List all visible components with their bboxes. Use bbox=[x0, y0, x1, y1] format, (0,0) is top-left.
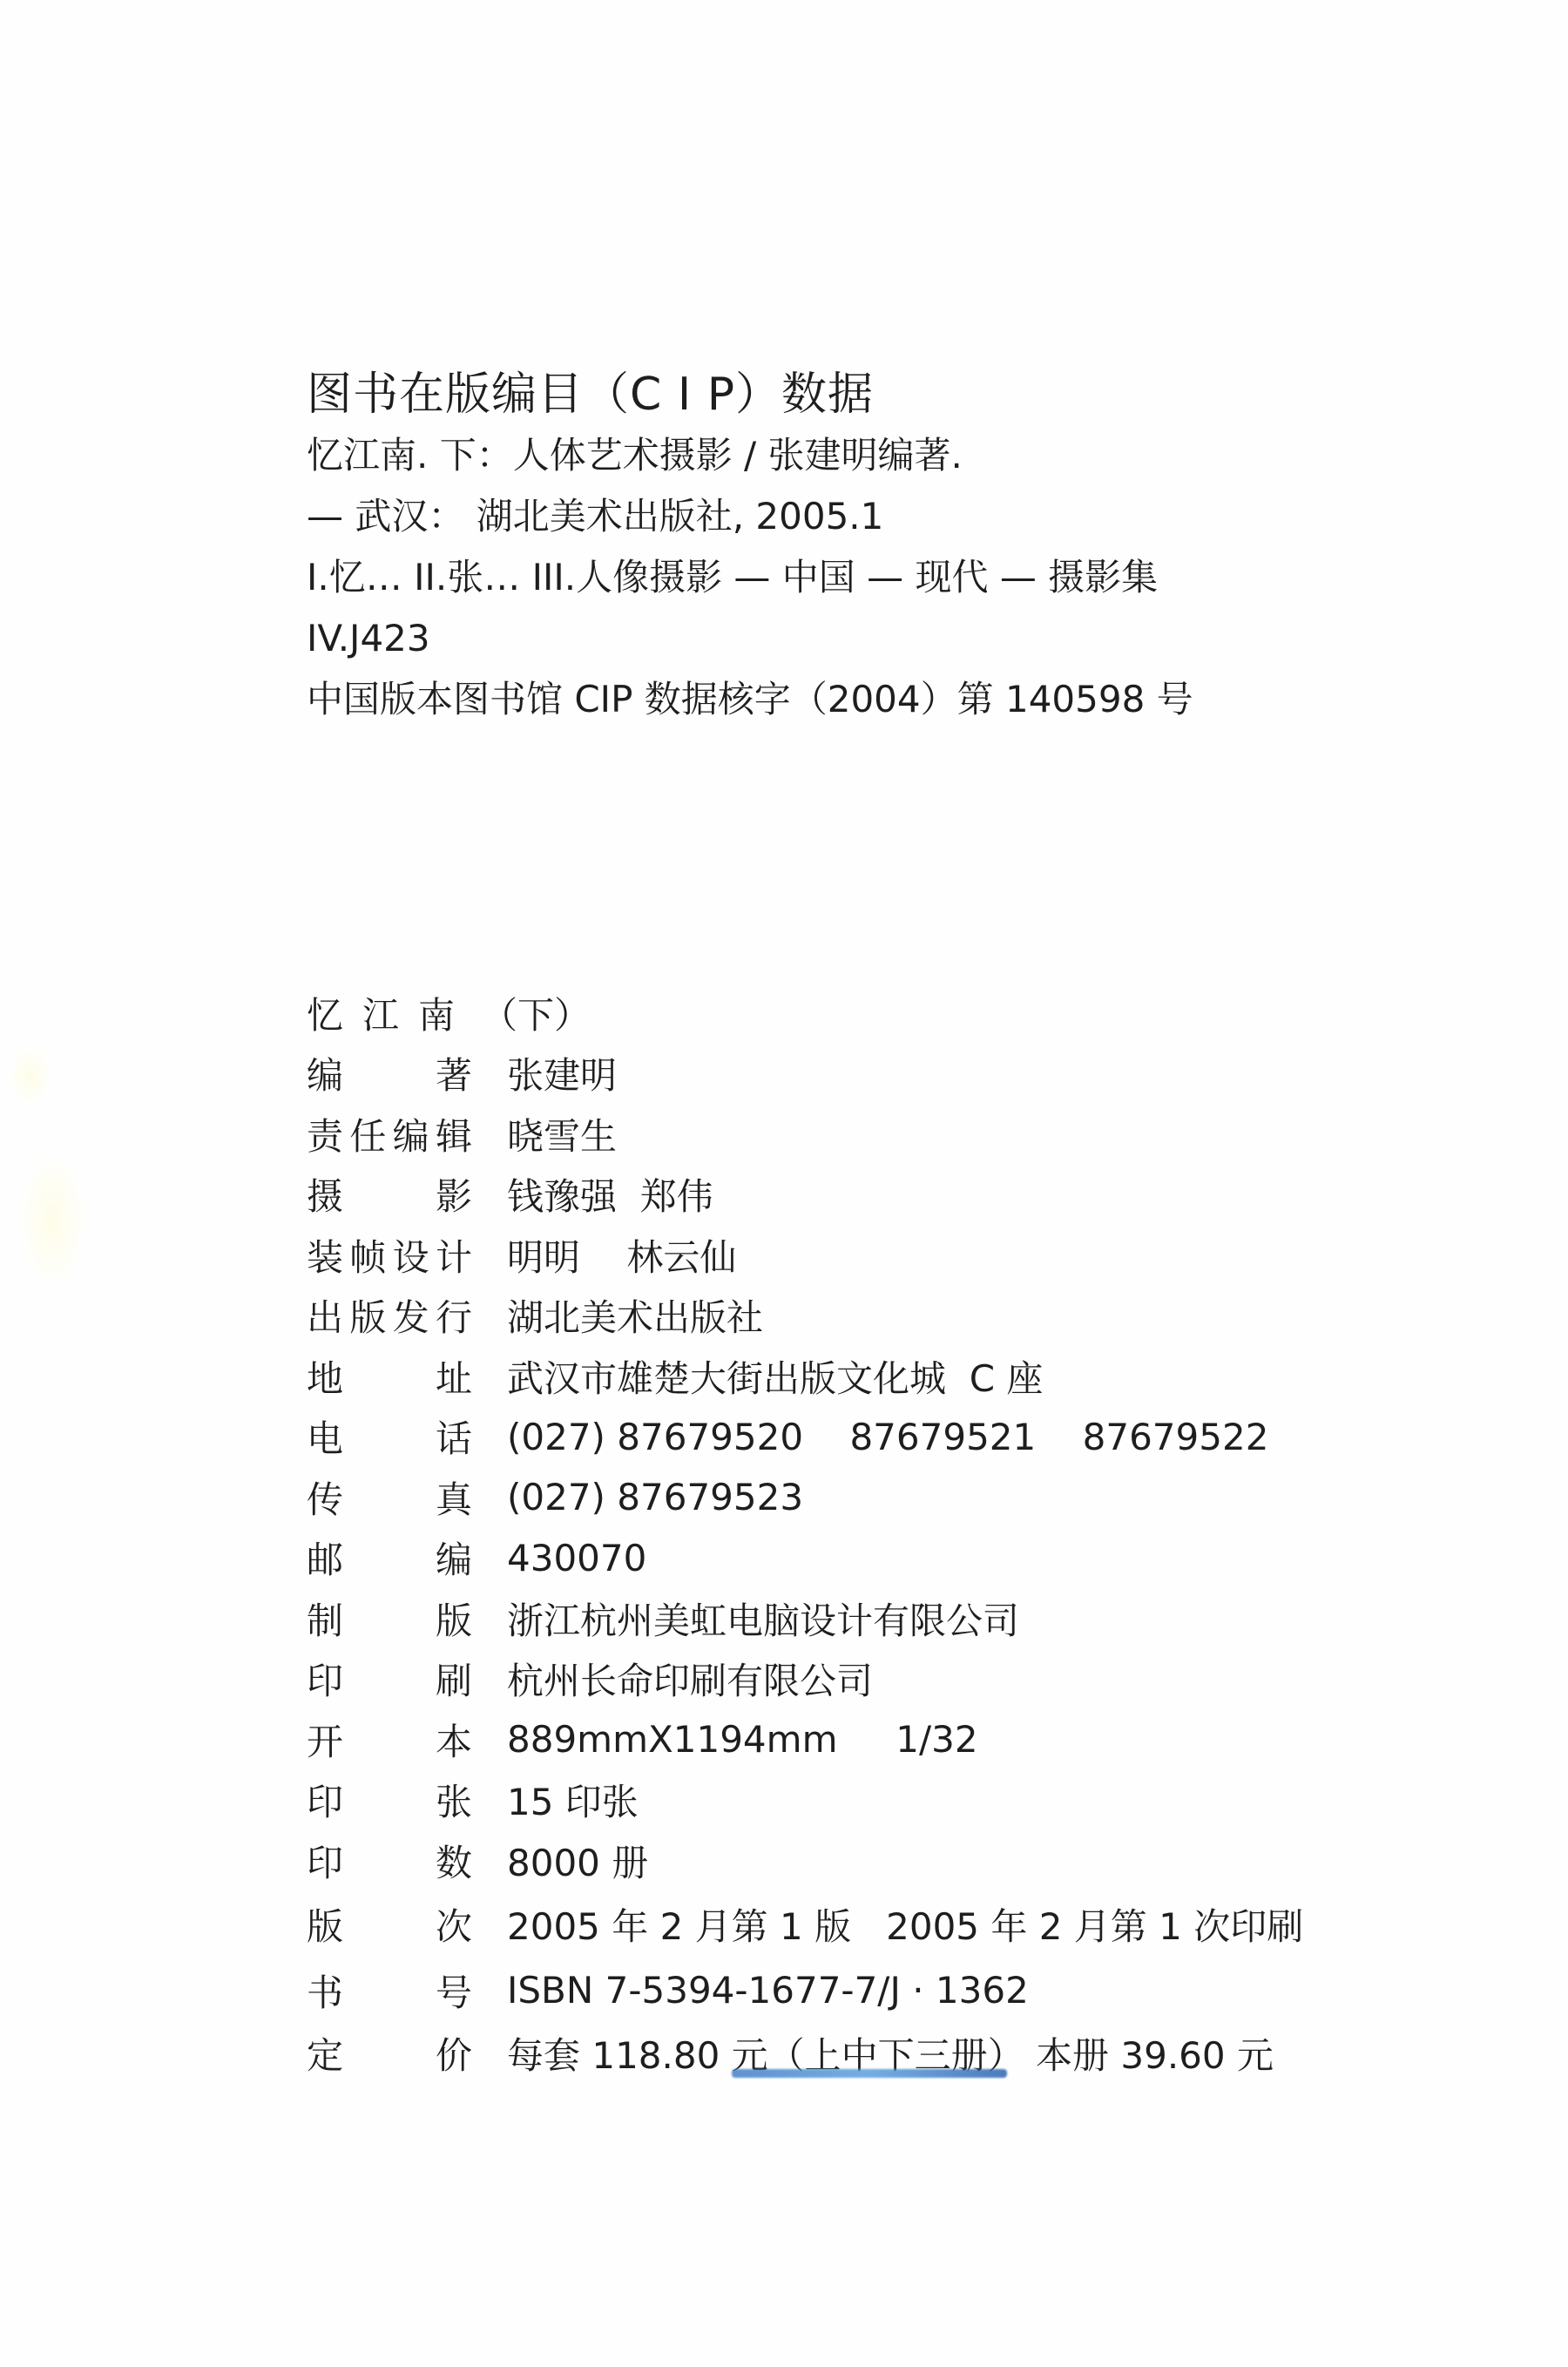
row-value: 每套 118.80 元（上中下三册） 本册 39.60 元 bbox=[507, 2027, 1274, 2080]
label-char: 编 bbox=[393, 1108, 429, 1160]
label-char: 发 bbox=[393, 1289, 429, 1342]
row-label: 书 号 bbox=[307, 1965, 472, 2017]
price-set: 每套 118.80 bbox=[507, 2034, 732, 2077]
row-value: 钱豫强 郑伟 bbox=[507, 1168, 713, 1221]
label-char: 传 bbox=[307, 1471, 343, 1524]
cip-line-title-author: 忆江南. 下：人体艺术摄影 / 张建明编著. bbox=[307, 425, 1193, 486]
row-label: 地 址 bbox=[307, 1350, 472, 1403]
colophon-row-price: 定 价 每套 118.80 元（上中下三册） 本册 39.60 元 bbox=[307, 2024, 1303, 2085]
colophon-row-postcode: 邮 编 430070 bbox=[307, 1528, 1303, 1589]
label-char: 号 bbox=[436, 1965, 472, 2017]
row-value: ISBN 7-5394-1677-7/J · 1362 bbox=[507, 1969, 1029, 2012]
row-label: 邮 编 bbox=[307, 1532, 472, 1584]
scan-artifact bbox=[9, 1045, 52, 1106]
row-value: 晓雪生 bbox=[507, 1108, 617, 1160]
row-label: 开 本 bbox=[307, 1714, 472, 1766]
price-volumes-with-blue-ink-mark: 元（上中下三册） bbox=[732, 2027, 1024, 2080]
row-label: 责 任 编 辑 bbox=[307, 1108, 472, 1160]
colophon-row-phone: 电 话 (027) 87679520 87679521 87679522 bbox=[307, 1407, 1303, 1468]
row-label: 版 次 bbox=[307, 1898, 472, 1951]
label-char: 摄 bbox=[307, 1168, 343, 1221]
label-char: 南 bbox=[418, 987, 455, 1039]
colophon-row-printed-sheets: 印 张 15 印张 bbox=[307, 1770, 1303, 1831]
label-char: 开 bbox=[307, 1714, 343, 1766]
copyright-page: 图书在版编目（C I P）数据 忆江南. 下：人体艺术摄影 / 张建明编著. —… bbox=[0, 0, 1568, 2367]
label-char: 印 bbox=[307, 1835, 343, 1887]
label-char: 地 bbox=[307, 1350, 343, 1403]
row-value: 2005 年 2 月第 1 版 2005 年 2 月第 1 次印刷 bbox=[507, 1898, 1303, 1951]
row-label: 装 帧 设 计 bbox=[307, 1229, 472, 1282]
row-label: 印 张 bbox=[307, 1774, 472, 1826]
label-char: 印 bbox=[307, 1653, 343, 1705]
row-value: （下） bbox=[481, 987, 591, 1039]
label-char: 江 bbox=[362, 987, 399, 1039]
row-value: 武汉市雄楚大街出版文化城 C 座 bbox=[507, 1350, 1043, 1403]
row-value: 明明 林云仙 bbox=[507, 1229, 736, 1282]
row-label: 印 刷 bbox=[307, 1653, 472, 1705]
row-label: 忆 江 南 bbox=[307, 987, 472, 1039]
label-char: 版 bbox=[436, 1593, 472, 1645]
label-char: 邮 bbox=[307, 1532, 343, 1584]
row-label: 电 话 bbox=[307, 1410, 472, 1463]
label-char: 计 bbox=[436, 1229, 472, 1282]
row-value: (027) 87679520 87679521 87679522 bbox=[507, 1416, 1268, 1458]
label-char: 刷 bbox=[436, 1653, 472, 1705]
row-value: 杭州长命印刷有限公司 bbox=[507, 1653, 873, 1705]
row-value: 889mmX1194mm 1/32 bbox=[507, 1718, 978, 1761]
label-char: 数 bbox=[436, 1835, 472, 1887]
row-label: 制 版 bbox=[307, 1593, 472, 1645]
label-char: 编 bbox=[436, 1532, 472, 1584]
label-char: 址 bbox=[436, 1350, 472, 1403]
row-value: 430070 bbox=[507, 1537, 646, 1579]
label-char: 出 bbox=[307, 1289, 343, 1342]
colophon-row-print-run: 印 数 8000 册 bbox=[307, 1830, 1303, 1891]
colophon-row-isbn: 书 号 ISBN 7-5394-1677-7/J · 1362 bbox=[307, 1958, 1303, 2024]
label-char: 影 bbox=[436, 1168, 472, 1221]
label-char: 编 bbox=[307, 1047, 343, 1099]
label-char: 本 bbox=[436, 1714, 472, 1766]
row-value: 浙江杭州美虹电脑设计有限公司 bbox=[507, 1593, 1019, 1645]
colophon-row-edition: 版 次 2005 年 2 月第 1 版 2005 年 2 月第 1 次印刷 bbox=[307, 1891, 1303, 1958]
label-char: 电 bbox=[307, 1410, 343, 1463]
row-label: 出 版 发 行 bbox=[307, 1289, 472, 1342]
cip-line-publisher: — 武汉： 湖北美术出版社, 2005.1 bbox=[307, 486, 1193, 547]
row-value: 15 印张 bbox=[507, 1774, 639, 1826]
row-value: 张建明 bbox=[507, 1047, 617, 1099]
label-char: 定 bbox=[307, 2027, 343, 2080]
colophon-row-design: 装 帧 设 计 明明 林云仙 bbox=[307, 1225, 1303, 1286]
label-char: 辑 bbox=[436, 1108, 472, 1160]
row-label: 印 数 bbox=[307, 1835, 472, 1887]
scan-artifact bbox=[17, 1150, 87, 1289]
colophon-row-book-title: 忆 江 南 （下） bbox=[307, 983, 1303, 1044]
label-char: 书 bbox=[307, 1965, 343, 2017]
label-char: 印 bbox=[307, 1774, 343, 1826]
label-char: 真 bbox=[436, 1471, 472, 1524]
row-value: 湖北美术出版社 bbox=[507, 1289, 763, 1342]
colophon-row-responsible-editor: 责 任 编 辑 晓雪生 bbox=[307, 1104, 1303, 1165]
label-char: 帧 bbox=[349, 1229, 386, 1282]
cip-title: 图书在版编目（C I P）数据 bbox=[307, 364, 1193, 425]
cip-data-block: 图书在版编目（C I P）数据 忆江南. 下：人体艺术摄影 / 张建明编著. —… bbox=[307, 364, 1193, 730]
row-value: (027) 87679523 bbox=[507, 1476, 803, 1518]
colophon-row-fax: 传 真 (027) 87679523 bbox=[307, 1467, 1303, 1528]
label-char: 著 bbox=[436, 1047, 472, 1099]
colophon-row-format: 开 本 889mmX1194mm 1/32 bbox=[307, 1709, 1303, 1770]
cip-line-subjects: I.忆… II.张… III.人像摄影 — 中国 — 现代 — 摄影集 bbox=[307, 547, 1193, 608]
price-this-volume: 本册 39.60 元 bbox=[1024, 2034, 1274, 2077]
colophon-row-printing: 印 刷 杭州长命印刷有限公司 bbox=[307, 1649, 1303, 1710]
label-char: 设 bbox=[393, 1229, 429, 1282]
label-char: 忆 bbox=[307, 987, 343, 1039]
cip-line-classification: IV.J423 bbox=[307, 608, 1193, 669]
label-char: 价 bbox=[436, 2027, 472, 2080]
label-char: 行 bbox=[436, 1289, 472, 1342]
colophon-row-plate-making: 制 版 浙江杭州美虹电脑设计有限公司 bbox=[307, 1588, 1303, 1649]
row-value: 8000 册 bbox=[507, 1835, 648, 1887]
label-char: 任 bbox=[349, 1108, 386, 1160]
label-char: 责 bbox=[307, 1108, 343, 1160]
label-char: 版 bbox=[307, 1898, 343, 1951]
colophon-row-address: 地 址 武汉市雄楚大街出版文化城 C 座 bbox=[307, 1346, 1303, 1407]
row-label: 编 著 bbox=[307, 1047, 472, 1099]
label-char: 张 bbox=[436, 1774, 472, 1826]
label-char: 话 bbox=[436, 1410, 472, 1463]
colophon-row-editor: 编 著 张建明 bbox=[307, 1044, 1303, 1105]
colophon-row-photography: 摄 影 钱豫强 郑伟 bbox=[307, 1165, 1303, 1226]
colophon-row-publisher: 出 版 发 行 湖北美术出版社 bbox=[307, 1286, 1303, 1347]
label-char: 装 bbox=[307, 1229, 343, 1282]
label-char: 制 bbox=[307, 1593, 343, 1645]
cip-line-approval-number: 中国版本图书馆 CIP 数据核字（2004）第 140598 号 bbox=[307, 669, 1193, 730]
row-label: 摄 影 bbox=[307, 1168, 472, 1221]
colophon-block: 忆 江 南 （下） 编 著 张建明 责 任 编 辑 晓雪生 摄 bbox=[307, 983, 1303, 2084]
row-label: 传 真 bbox=[307, 1471, 472, 1524]
label-char: 次 bbox=[436, 1898, 472, 1951]
label-char: 版 bbox=[349, 1289, 386, 1342]
row-label: 定 价 bbox=[307, 2027, 472, 2080]
